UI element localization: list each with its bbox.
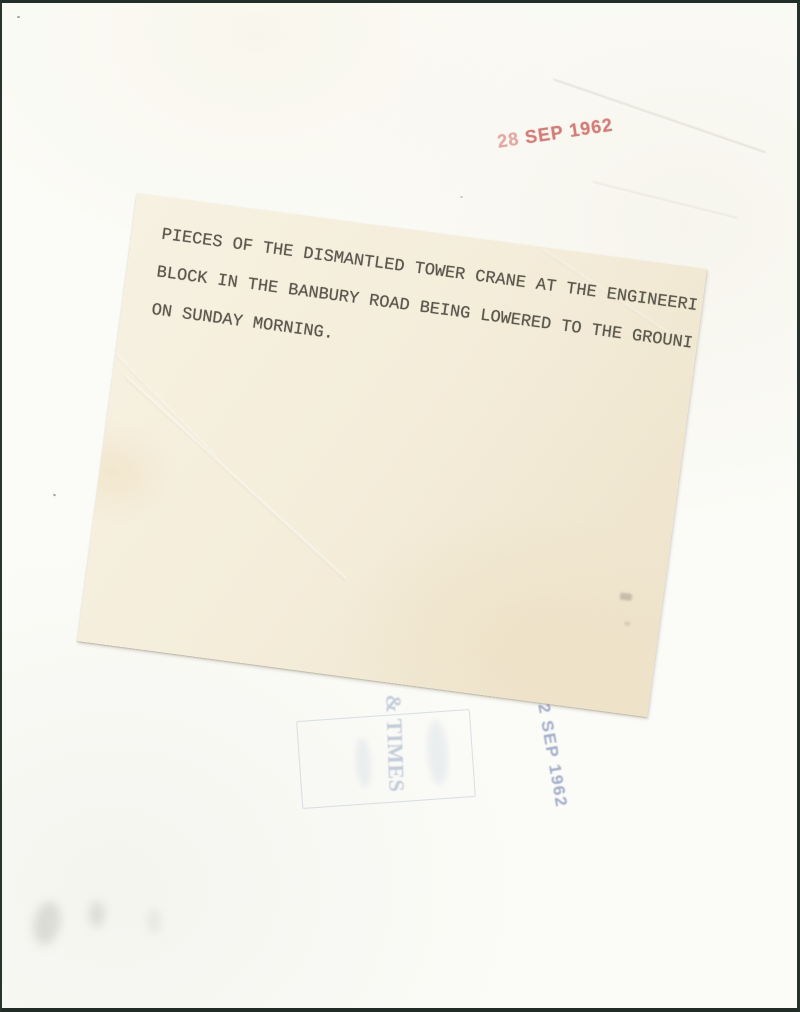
crease-line [592,181,738,219]
ink-smudge [148,908,160,934]
ink-smudge [30,899,65,947]
faded-stamp-ink [354,737,371,788]
newspaper-stamp: & TIMES [380,694,409,793]
dust-speck [460,196,463,198]
crease-line [125,375,347,580]
crease-line [103,341,216,457]
red-date-stamp-day: 28 [496,129,521,152]
caption-text: PIECES OF THE DISMANTLED TOWER CRANE AT … [149,217,707,404]
pencil-mark [624,621,630,626]
dust-speck [53,493,57,496]
caption-card: PIECES OF THE DISMANTLED TOWER CRANE AT … [77,193,707,717]
red-date-stamp-month-year: SEP 1962 [524,115,615,148]
blue-date-stamp: 2 SEP 1962 [533,702,571,809]
crease-line [553,78,766,153]
faded-stamp-ink [425,720,449,785]
photo-back: 28SEP 1962 PIECES OF THE DISMANTLED TOWE… [0,0,800,1012]
dust-speck [17,16,20,18]
red-date-stamp: 28SEP 1962 [496,115,615,153]
pencil-mark [619,592,632,601]
ink-smudge [90,901,104,927]
